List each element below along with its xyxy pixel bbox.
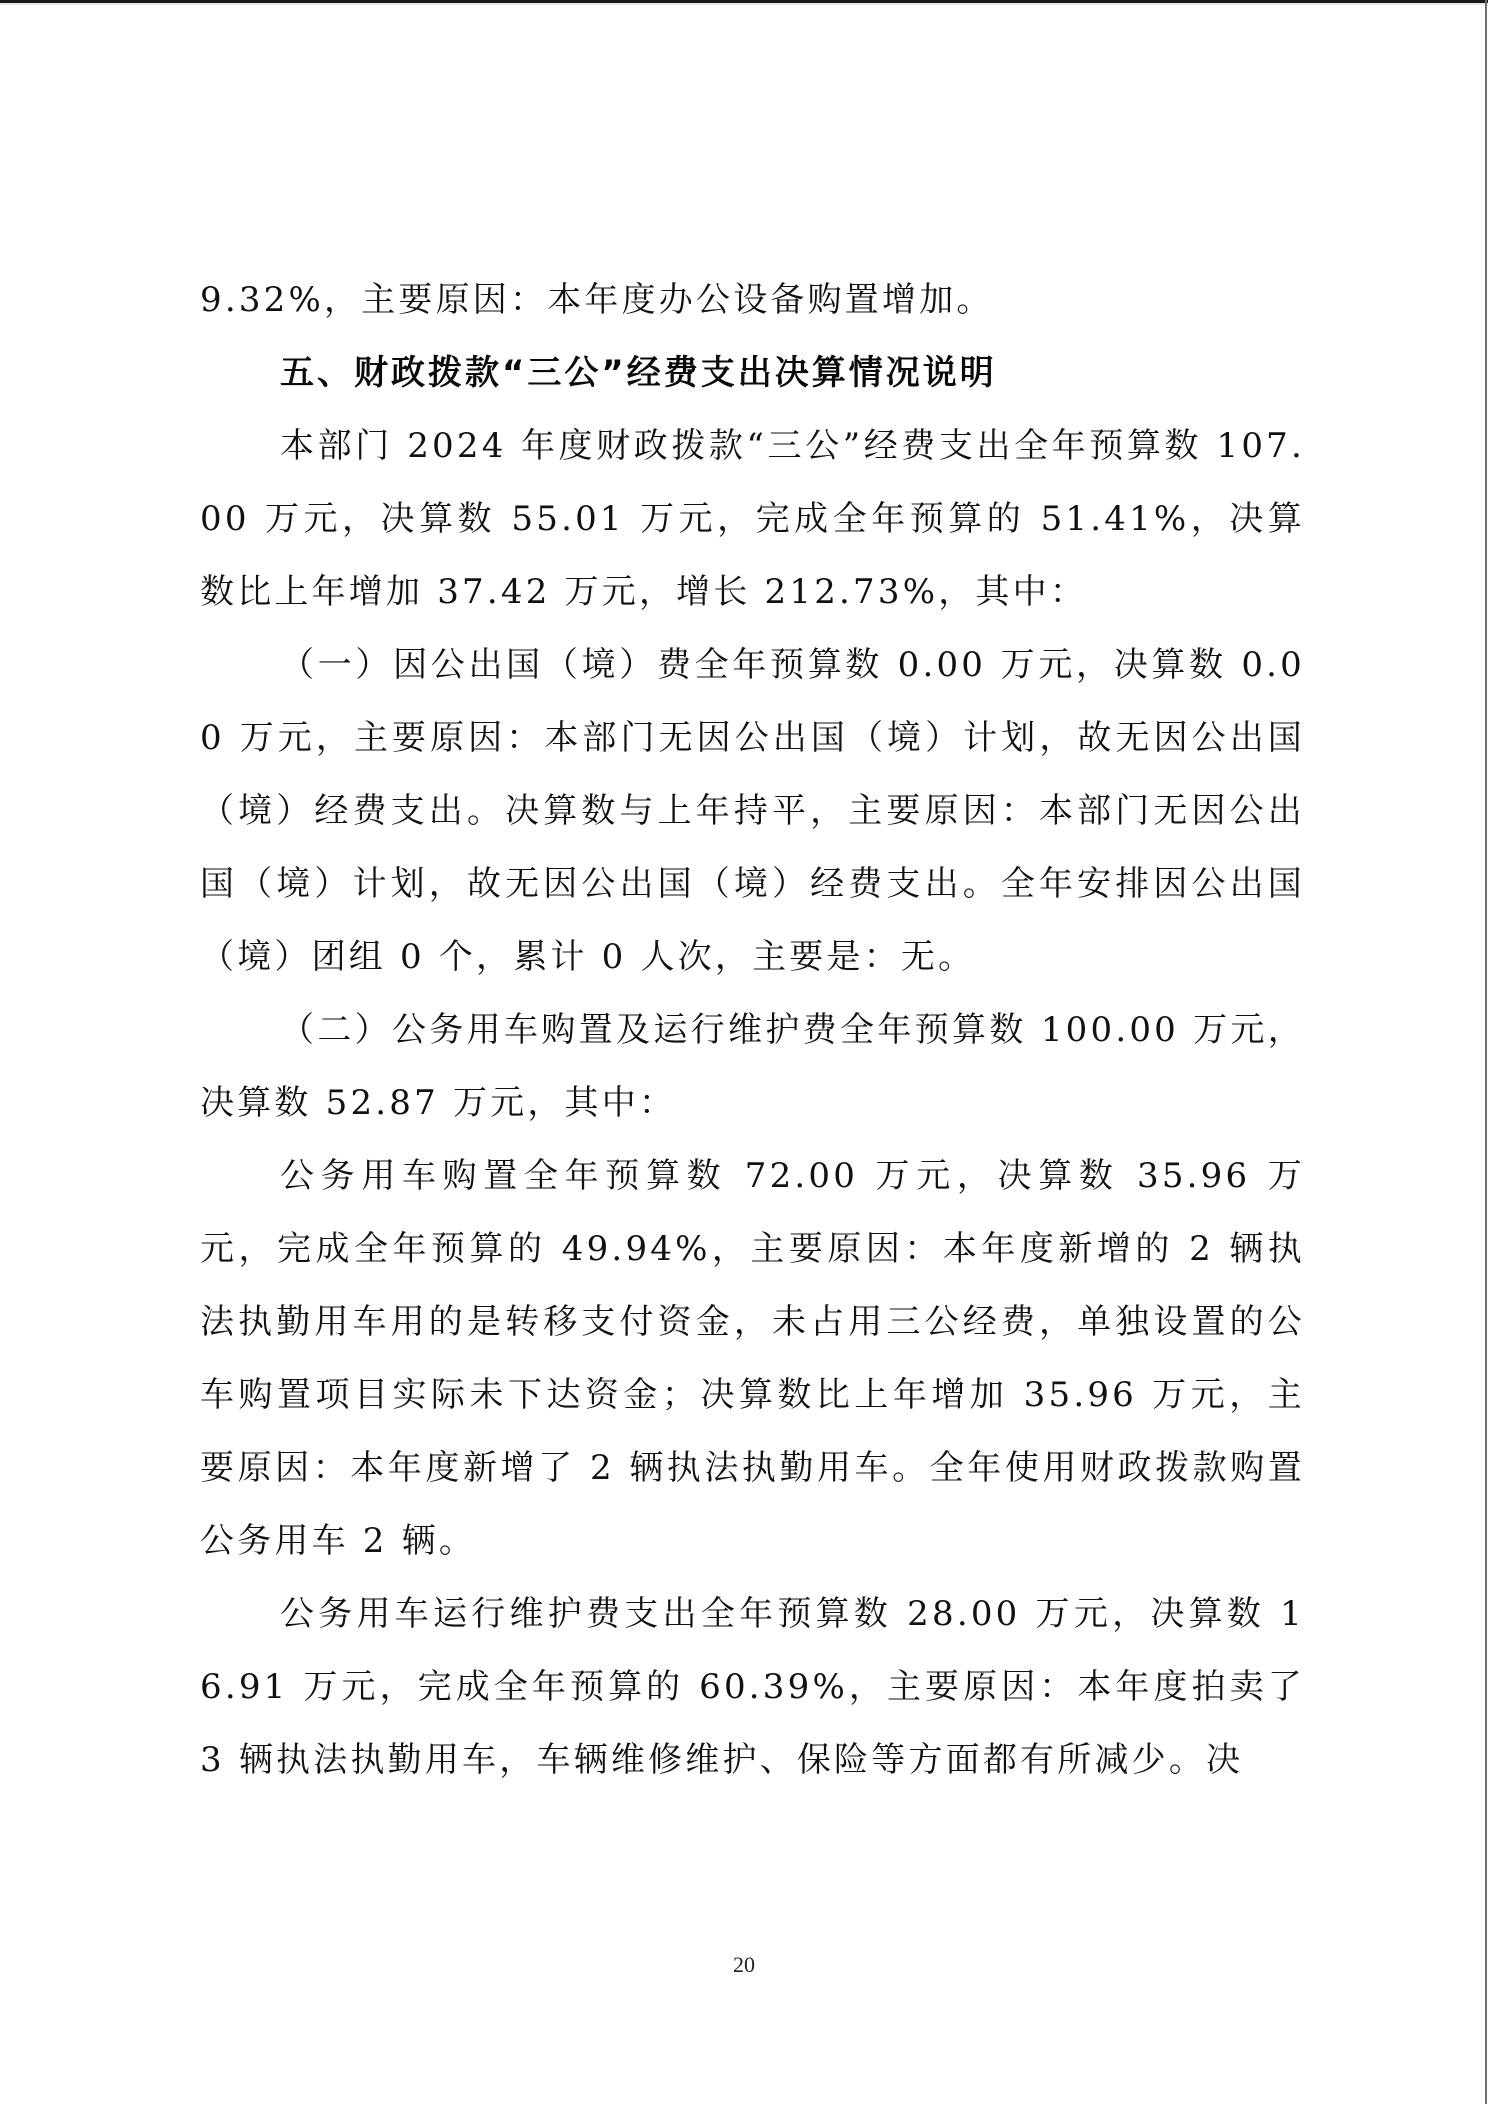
paragraph-official-vehicles: （二）公务用车购置及运行维护费全年预算数 100.00 万元，决算数 52.87… [200,994,1305,1140]
page-number: 20 [0,1952,1488,1978]
paragraph-summary: 本部门 2024 年度财政拨款“三公”经费支出全年预算数 107.00 万元，决… [200,410,1305,629]
section-heading: 五、财政拨款“三公”经费支出决算情况说明 [200,337,1305,410]
page-top-border-shadow [0,3,1488,5]
paragraph-continuation: 9.32%，主要原因：本年度办公设备购置增加。 [200,264,1305,337]
page-right-edge [1485,0,1487,2104]
paragraph-vehicle-maintenance: 公务用车运行维护费支出全年预算数 28.00 万元，决算数 16.91 万元，完… [200,1578,1305,1797]
paragraph-overseas-travel: （一）因公出国（境）费全年预算数 0.00 万元，决算数 0.00 万元，主要原… [200,629,1305,994]
paragraph-vehicle-purchase: 公务用车购置全年预算数 72.00 万元，决算数 35.96 万元，完成全年预算… [200,1140,1305,1578]
document-body: 9.32%，主要原因：本年度办公设备购置增加。 五、财政拨款“三公”经费支出决算… [200,264,1305,1797]
